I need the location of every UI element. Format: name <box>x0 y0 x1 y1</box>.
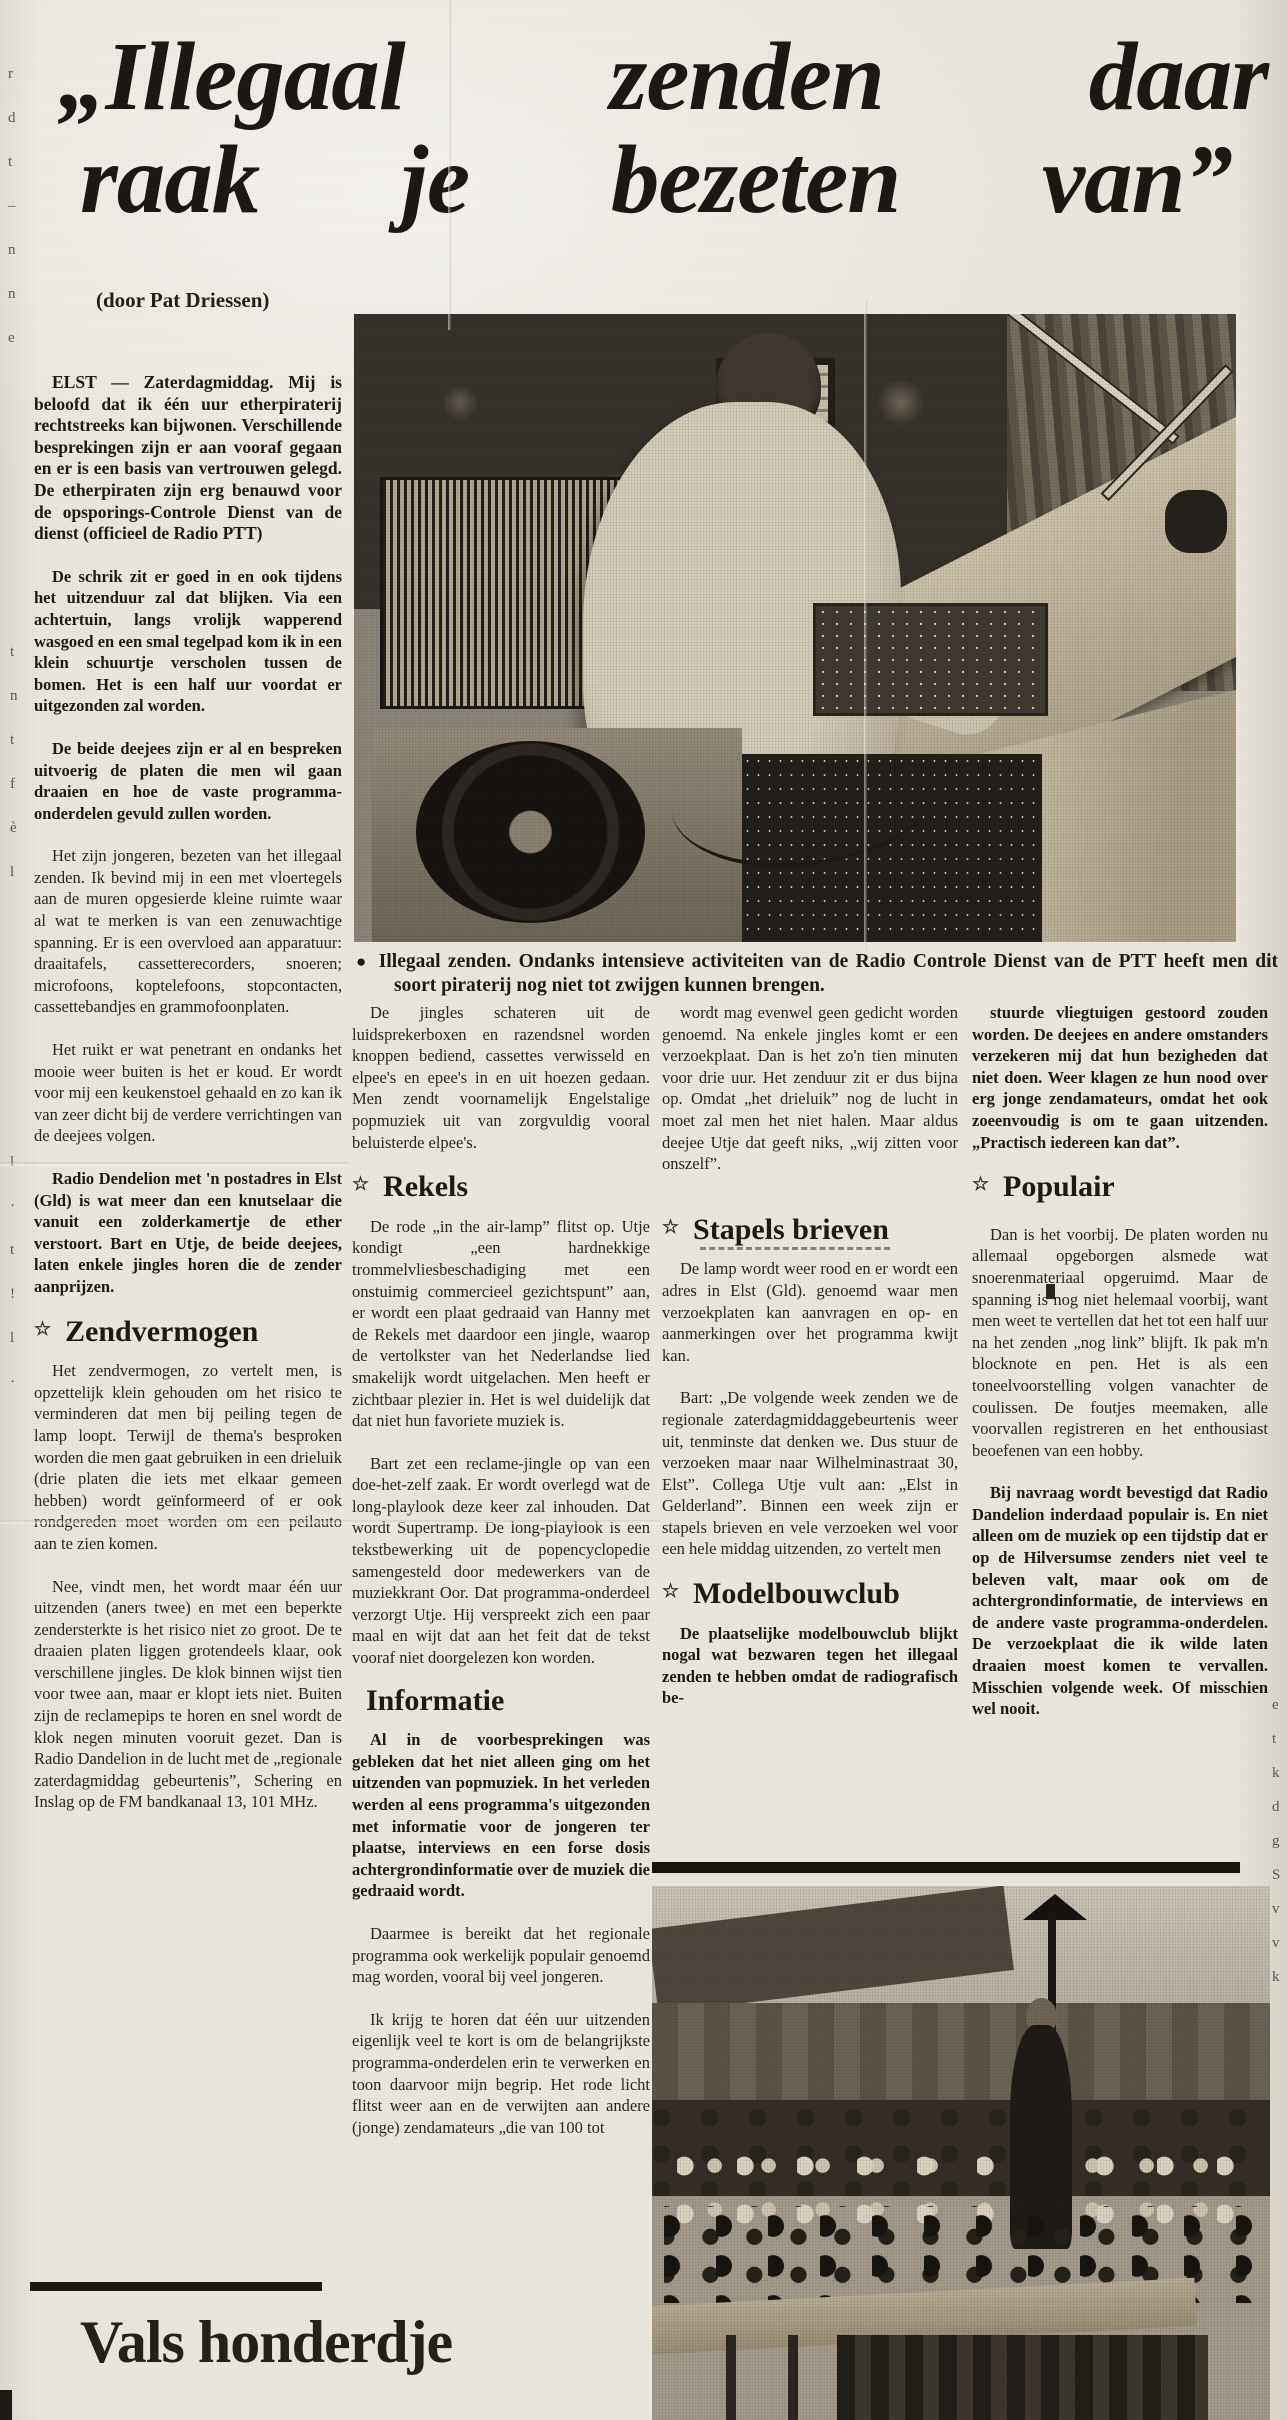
paragraph: De beide deejees zijn er al en bespreken… <box>34 738 342 824</box>
section-heading-zendvermogen: ☆Zendvermogen <box>34 1319 342 1343</box>
paragraph: Ik krijg te horen dat één uur uitzenden … <box>352 2009 650 2139</box>
newspaper-page: r d t – n n e t n t f è l l · t ! l · e … <box>0 0 1287 2420</box>
paragraph: De plaatselijke modelbouwclub blijkt nog… <box>662 1623 958 1709</box>
microphone <box>1165 490 1227 553</box>
paragraph: Het ruikt er wat penetrant en ondanks he… <box>34 1039 342 1147</box>
right-margin-artifacts: e t k d g S v v k <box>1272 1688 1280 1994</box>
worn-rule-artifact <box>700 1247 890 1250</box>
section-heading-populair: ☆Populair <box>972 1174 1268 1198</box>
thick-rule-photo <box>652 1862 1240 1873</box>
byline: (door Pat Driessen) <box>96 288 269 313</box>
paragraph: De rode „in the air-lamp” flitst op. Utj… <box>352 1216 650 1432</box>
left-margin-artifacts-mid: t n t f è l <box>10 630 18 894</box>
record-disc <box>416 741 645 923</box>
corner-artifact <box>0 2390 12 2420</box>
paragraph: Nee, vindt men, het wordt maar één uur u… <box>34 1576 342 1814</box>
caption-bullet-icon: ● <box>356 952 369 971</box>
column-4: stuurde vliegtuigen gestoord zouden word… <box>972 1002 1268 1872</box>
under-table-shadow <box>837 2335 1208 2420</box>
thick-rule <box>30 2282 322 2291</box>
paragraph: De jingles schateren uit de luidsprekerb… <box>352 1002 650 1153</box>
star-icon: ☆ <box>352 1174 369 1196</box>
headline-line-2: raak je bezeten van” <box>58 129 1268 232</box>
section-heading-stapels-brieven: ☆Stapels brieven <box>662 1217 958 1241</box>
photo-caption: ●Illegaal zenden. Ondanks intensieve act… <box>356 950 1278 998</box>
paragraph: De lamp wordt weer rood en er wordt een … <box>662 1258 958 1366</box>
column-1: ELST — Zaterdagmiddag. Mij is beloofd da… <box>34 372 342 2282</box>
paragraph: wordt mag evenwel geen gedicht worden ge… <box>662 1002 958 1175</box>
star-icon: ☆ <box>972 1174 989 1196</box>
star-icon: ☆ <box>662 1217 679 1239</box>
paragraph: Al in de voorbesprekingen was gebleken d… <box>352 1729 650 1902</box>
left-margin-artifacts-low: l · t ! l · <box>10 1140 15 1404</box>
headline-line-1: „Illegaal zenden daar <box>58 26 1268 129</box>
paragraph: Bij navraag wordt bevestigd dat Radio Da… <box>972 1482 1268 1720</box>
paragraph: Bart zet een reclame-jingle op van een d… <box>352 1453 650 1669</box>
star-icon: ☆ <box>34 1319 51 1341</box>
paragraph: ELST — Zaterdagmiddag. Mij is beloofd da… <box>34 372 342 545</box>
paragraph: Dan is het voorbij. De platen worden nu … <box>972 1224 1268 1462</box>
studio-photo <box>354 314 1236 942</box>
next-article-headline: Vals honderdje <box>80 2308 640 2377</box>
table-leg <box>788 2335 798 2420</box>
section-heading-modelbouwclub: ☆Modelbouwclub <box>662 1581 958 1605</box>
paragraph: Het zijn jongeren, bezeten van het illeg… <box>34 845 342 1018</box>
paragraph: De schrik zit er goed in en ook tijdens … <box>34 566 342 717</box>
column-3: wordt mag evenwel geen gedicht worden ge… <box>662 1002 958 1862</box>
paragraph: Het zendvermogen, zo vertelt men, is opz… <box>34 1360 342 1554</box>
market-photo <box>652 1886 1270 2420</box>
paragraph: stuurde vliegtuigen gestoord zouden word… <box>972 1002 1268 1153</box>
section-heading-rekels: ☆Rekels <box>352 1174 650 1198</box>
mixing-console <box>813 603 1048 716</box>
paragraph: Radio Dendelion met 'n postadres in Elst… <box>34 1168 342 1298</box>
ink-blot-artifact <box>1046 1284 1055 1299</box>
section-heading-informatie: Informatie <box>352 1690 650 1712</box>
star-icon: ☆ <box>662 1581 679 1603</box>
table-leg <box>726 2335 736 2420</box>
left-margin-artifacts-top: r d t – n n e <box>8 52 16 360</box>
paragraph: Bart: „De volgende week zenden we de reg… <box>662 1387 958 1560</box>
article-headline: „Illegaal zenden daar raak je bezeten va… <box>58 26 1268 232</box>
caption-text: Illegaal zenden. Ondanks intensieve acti… <box>379 951 1278 996</box>
paragraph: Daarmee is bereikt dat het regionale pro… <box>352 1923 650 1988</box>
column-2: De jingles schateren uit de luidsprekerb… <box>352 1002 650 2420</box>
